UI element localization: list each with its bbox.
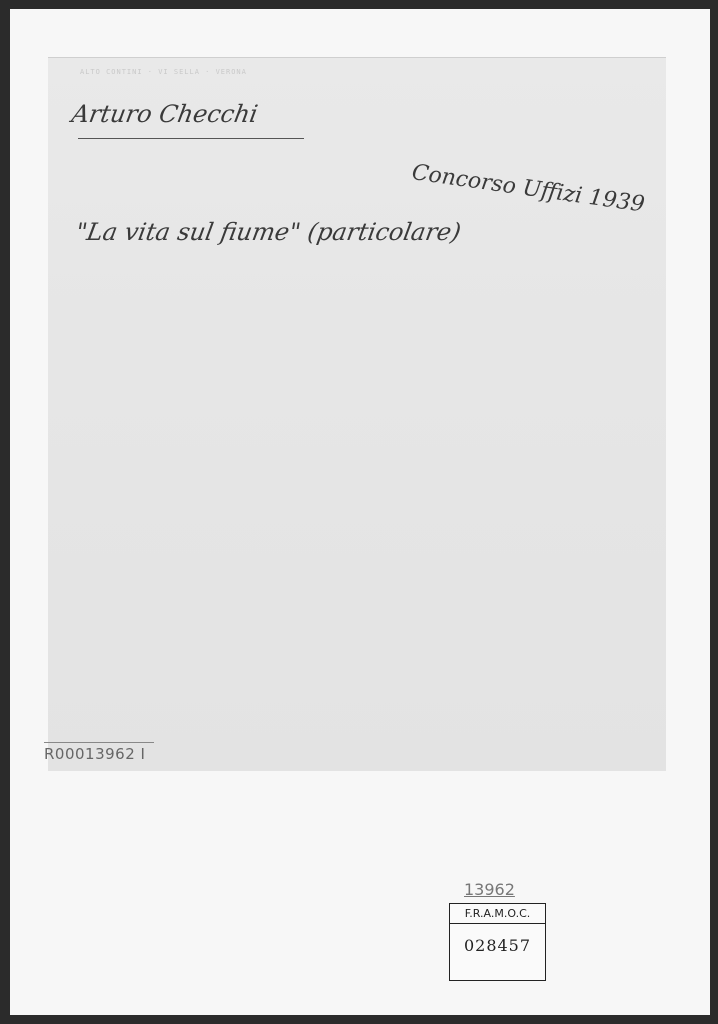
author-handwriting: Arturo Checchi bbox=[70, 100, 260, 128]
archive-stamp: F.R.A.M.O.C. 028457 bbox=[449, 903, 546, 981]
inventory-number: R00013962 I bbox=[44, 742, 154, 769]
stamp-number: 028457 bbox=[450, 936, 545, 955]
title-handwriting: "La vita sul fiume" (particolare) bbox=[74, 218, 464, 246]
photo-verso bbox=[48, 57, 666, 771]
pencil-number: 13962 bbox=[464, 880, 515, 899]
author-underline bbox=[78, 138, 304, 139]
stamp-header: F.R.A.M.O.C. bbox=[450, 904, 545, 924]
photographer-stamp: ALTO CONTINI · VI SELLA · VERONA bbox=[80, 68, 247, 76]
